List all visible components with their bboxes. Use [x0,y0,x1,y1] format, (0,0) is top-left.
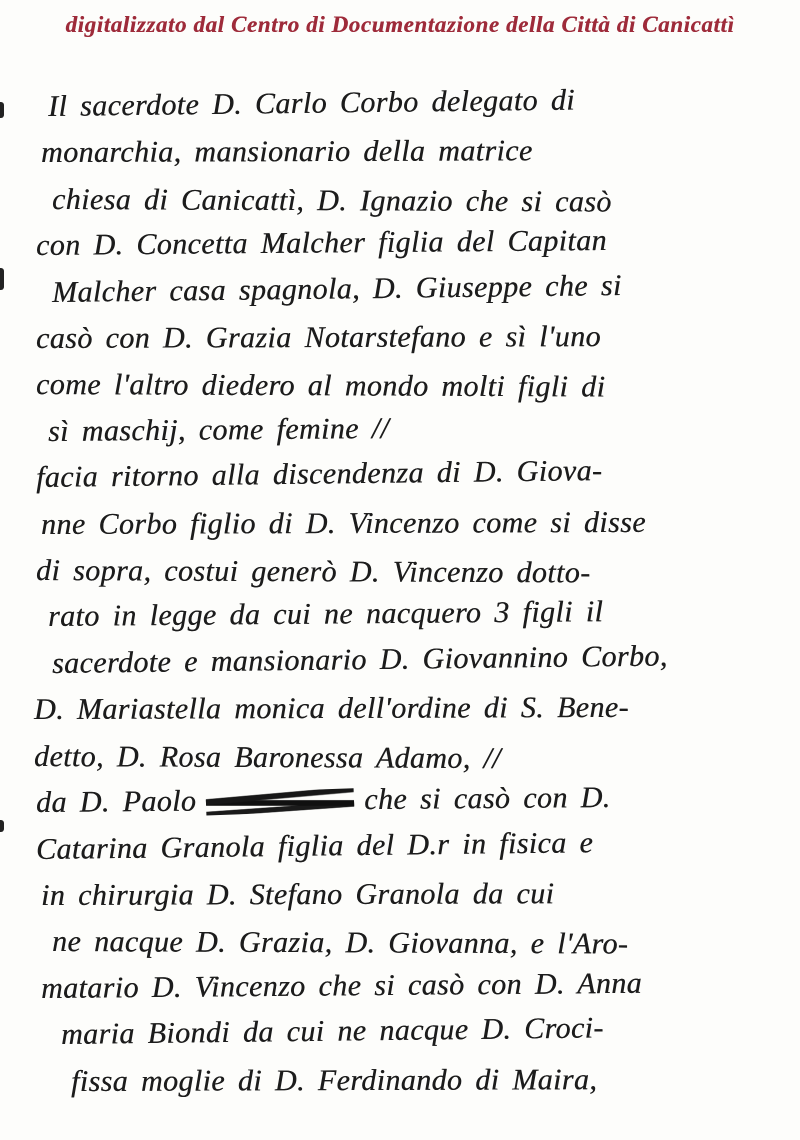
manuscript-line: in chirurgia D. Stefano Granola da cui [41,870,774,919]
manuscript-line: maria Biondi da cui ne nacque D. Croci- [61,1003,775,1058]
scan-edge-artifact [0,820,4,832]
digitization-credit: digitalizzato dal Centro di Documentazio… [0,12,800,38]
manuscript-line: facia ritorno alla discendenza di D. Gio… [36,446,775,501]
manuscript-line: Malcher casa spagnola, D. Giuseppe che s… [52,261,775,316]
manuscript-line: sacerdote e mansionario D. Giovannino Co… [52,632,775,687]
struck-out-word [206,788,355,815]
manuscript-line: casò con D. Grazia Notarstefano e sì l'u… [36,313,774,362]
manuscript-line: Catarina Granola figlia del D.r in fisic… [36,817,775,872]
line-text-before-cancellation: da D. Paolo [36,785,197,819]
manuscript-line: fissa moglie di D. Ferdinando di Maira, [71,1056,774,1105]
manuscript-line: Il sacerdote D. Carlo Corbo delegato di [48,75,775,130]
scan-edge-artifact [0,268,4,290]
manuscript-text-block: Il sacerdote D. Carlo Corbo delegato di … [34,84,774,1105]
scanned-manuscript-page: digitalizzato dal Centro di Documentazio… [0,0,800,1140]
scan-edge-artifact [0,102,4,118]
manuscript-line: monarchia, mansionario della matrice [41,128,774,177]
manuscript-line: nne Corbo figlio di D. Vincenzo come si … [41,499,774,548]
line-text-after-cancellation: che si casò con D. [364,781,611,816]
manuscript-line: D. Mariastella monica dell'ordine di S. … [34,685,774,734]
